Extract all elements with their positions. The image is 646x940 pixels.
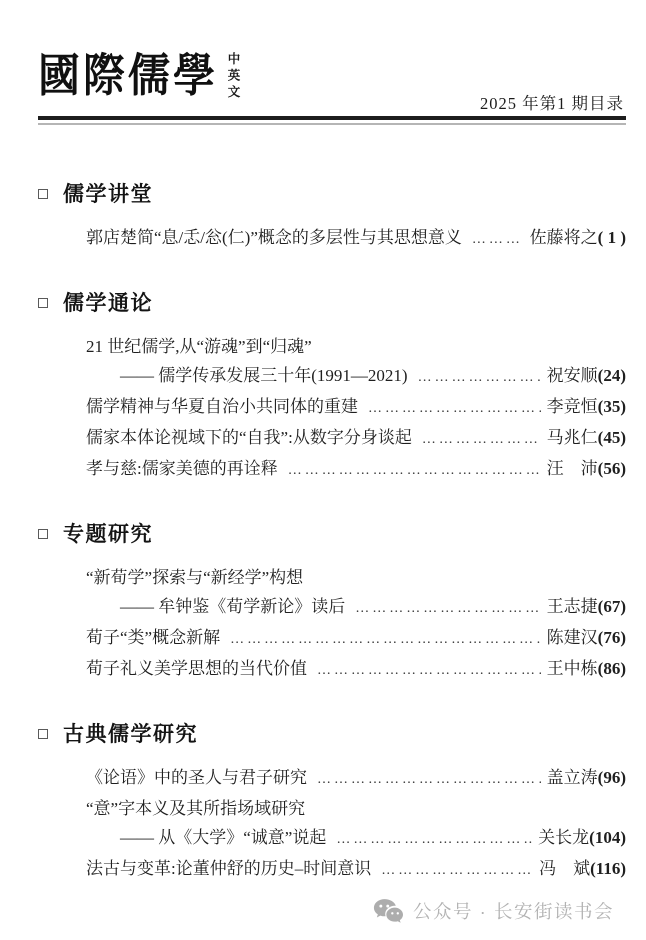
- section-rows: “新荀学”探索与“新经学”构想 —— 牟钟鉴《荀学新论》读后 王志捷(67) 荀…: [38, 563, 626, 685]
- toc-entry: 21 世纪儒学,从“游魂”到“归魂”: [86, 332, 626, 361]
- entry-author: 马兆仁: [547, 428, 598, 447]
- toc-entry: “新荀学”探索与“新经学”构想: [86, 563, 626, 592]
- entry-reference: 盖立涛(96): [547, 763, 626, 792]
- entry-page-number: (56): [598, 459, 626, 478]
- toc-entry: 荀子“类”概念新解 陈建汉(76): [86, 623, 626, 654]
- entry-author: 盖立涛: [547, 768, 598, 787]
- entry-page-number: (116): [590, 859, 626, 878]
- watermark-text: 公众号 · 长安街读书会: [413, 898, 614, 924]
- entry-page-number: (76): [598, 628, 626, 647]
- section-bullet-icon: [38, 298, 48, 308]
- section-bullet-icon: [38, 529, 48, 539]
- section-header: 专题研究: [38, 519, 626, 549]
- entry-author: 关长龙: [538, 828, 589, 847]
- entry-title: 郭店楚简“息/忎/忩(仁)”概念的多层性与其思想意义: [86, 223, 462, 252]
- section-bullet-icon: [38, 729, 48, 739]
- dot-leader: [288, 454, 541, 485]
- journal-title: 國際儒學: [38, 40, 218, 105]
- section-rows: 《论语》中的圣人与君子研究 盖立涛(96) “意”字本义及其所指场域研究 —— …: [38, 763, 626, 885]
- section-rows: 21 世纪儒学,从“游魂”到“归魂” —— 儒学传承发展三十年(1991—202…: [38, 332, 626, 485]
- toc-entry: “意”字本义及其所指场域研究: [86, 794, 626, 823]
- entry-page-number: (104): [589, 828, 626, 847]
- dot-leader: [418, 361, 541, 392]
- entry-reference: 汪 沛(56): [547, 454, 626, 483]
- entry-reference: 李竞恒(35): [547, 392, 626, 421]
- entry-title: 法古与变革:论董仲舒的历史–时间意识: [86, 854, 371, 883]
- toc-entry: —— 从《大学》“诚意”说起 关长龙(104): [86, 823, 626, 854]
- entry-page-number: (96): [598, 768, 626, 787]
- dot-leader: [368, 392, 541, 423]
- toc-entry: 荀子礼义美学思想的当代价值 王中栋(86): [86, 654, 626, 685]
- entry-title: “意”字本义及其所指场域研究: [86, 794, 305, 823]
- entry-title: —— 从《大学》“诚意”说起: [120, 823, 326, 852]
- section-rows: 郭店楚简“息/忎/忩(仁)”概念的多层性与其思想意义 佐藤将之( 1 ): [38, 223, 626, 254]
- toc-section: 儒学通论 21 世纪儒学,从“游魂”到“归魂” —— 儒学传承发展三十年(199…: [38, 288, 626, 485]
- entry-author: 陈建汉: [547, 628, 598, 647]
- section-header: 儒学讲堂: [38, 179, 626, 209]
- entry-title: 儒学精神与华夏自治小共同体的重建: [86, 392, 358, 421]
- entry-page-number: (35): [598, 397, 626, 416]
- section-title: 儒学讲堂: [63, 179, 153, 209]
- journal-toc-page: 國際儒學 中英文 2025 年第1 期目录 儒学讲堂 郭店楚简“息/忎/忩(仁)…: [0, 0, 646, 940]
- page-header: 國際儒學 中英文 2025 年第1 期目录: [38, 26, 626, 114]
- toc-entry: 儒学精神与华夏自治小共同体的重建 李竞恒(35): [86, 392, 626, 423]
- entry-title: 荀子礼义美学思想的当代价值: [86, 654, 307, 683]
- entry-title: —— 牟钟鉴《荀学新论》读后: [120, 592, 345, 621]
- toc-entry: 《论语》中的圣人与君子研究 盖立涛(96): [86, 763, 626, 794]
- toc-entry: 法古与变革:论董仲舒的历史–时间意识 冯 斌(116): [86, 854, 626, 885]
- entry-author: 佐藤将之: [530, 228, 598, 247]
- entry-reference: 冯 斌(116): [539, 854, 626, 883]
- double-rule: [38, 116, 626, 125]
- section-bullet-icon: [38, 189, 48, 199]
- entry-title: 《论语》中的圣人与君子研究: [86, 763, 307, 792]
- entry-title: 21 世纪儒学,从“游魂”到“归魂”: [86, 332, 312, 361]
- dot-leader: [317, 763, 541, 794]
- dot-leader: [422, 423, 541, 454]
- wechat-icon: [373, 898, 404, 924]
- entry-author: 李竞恒: [547, 397, 598, 416]
- section-title: 专题研究: [63, 519, 153, 549]
- toc-entry: 孝与慈:儒家美德的再诠释 汪 沛(56): [86, 454, 626, 485]
- dot-leader: [336, 823, 532, 854]
- entry-reference: 关长龙(104): [538, 823, 626, 852]
- toc-section: 专题研究 “新荀学”探索与“新经学”构想 —— 牟钟鉴《荀学新论》读后 王志捷(…: [38, 519, 626, 685]
- entry-reference: 陈建汉(76): [547, 623, 626, 652]
- entry-page-number: (67): [598, 597, 626, 616]
- section-header: 古典儒学研究: [38, 719, 626, 749]
- entry-author: 王中栋: [547, 659, 598, 678]
- section-title: 古典儒学研究: [63, 719, 198, 749]
- toc-entry: 郭店楚简“息/忎/忩(仁)”概念的多层性与其思想意义 佐藤将之( 1 ): [86, 223, 626, 254]
- toc-entry: —— 儒学传承发展三十年(1991—2021) 祝安顺(24): [86, 361, 626, 392]
- toc-body: 儒学讲堂 郭店楚简“息/忎/忩(仁)”概念的多层性与其思想意义 佐藤将之( 1 …: [38, 179, 626, 885]
- entry-title: 荀子“类”概念新解: [86, 623, 220, 652]
- dot-leader: [230, 623, 541, 654]
- rule-thin-line: [38, 123, 626, 125]
- toc-entry: 儒家本体论视域下的“自我”:从数字分身谈起 马兆仁(45): [86, 423, 626, 454]
- section-title: 儒学通论: [63, 288, 153, 318]
- watermark: 公众号 · 长安街读书会: [373, 898, 614, 924]
- dot-leader: [381, 854, 533, 885]
- rule-thick-line: [38, 116, 626, 120]
- dot-leader: [472, 223, 524, 254]
- toc-entry: —— 牟钟鉴《荀学新论》读后 王志捷(67): [86, 592, 626, 623]
- entry-author: 祝安顺: [547, 366, 598, 385]
- toc-section: 古典儒学研究 《论语》中的圣人与君子研究 盖立涛(96) “意”字本义及其所指场…: [38, 719, 626, 885]
- journal-subtitle-vertical: 中英文: [224, 52, 242, 102]
- entry-page-number: ( 1 ): [598, 228, 626, 247]
- entry-page-number: (86): [598, 659, 626, 678]
- entry-page-number: (45): [598, 428, 626, 447]
- entry-title: 儒家本体论视域下的“自我”:从数字分身谈起: [86, 423, 412, 452]
- entry-page-number: (24): [598, 366, 626, 385]
- section-header: 儒学通论: [38, 288, 626, 318]
- issue-label: 2025 年第1 期目录: [480, 90, 624, 114]
- dot-leader: [355, 592, 540, 623]
- entry-reference: 佐藤将之( 1 ): [530, 223, 626, 252]
- entry-author: 冯 斌: [539, 859, 590, 878]
- toc-section: 儒学讲堂 郭店楚简“息/忎/忩(仁)”概念的多层性与其思想意义 佐藤将之( 1 …: [38, 179, 626, 254]
- entry-author: 王志捷: [547, 597, 598, 616]
- dot-leader: [317, 654, 541, 685]
- entry-title: 孝与慈:儒家美德的再诠释: [86, 454, 278, 483]
- entry-author: 汪 沛: [547, 459, 598, 478]
- entry-title: —— 儒学传承发展三十年(1991—2021): [120, 361, 408, 390]
- entry-reference: 祝安顺(24): [547, 361, 626, 390]
- entry-reference: 王志捷(67): [547, 592, 626, 621]
- entry-title: “新荀学”探索与“新经学”构想: [86, 563, 303, 592]
- entry-reference: 王中栋(86): [547, 654, 626, 683]
- entry-reference: 马兆仁(45): [547, 423, 626, 452]
